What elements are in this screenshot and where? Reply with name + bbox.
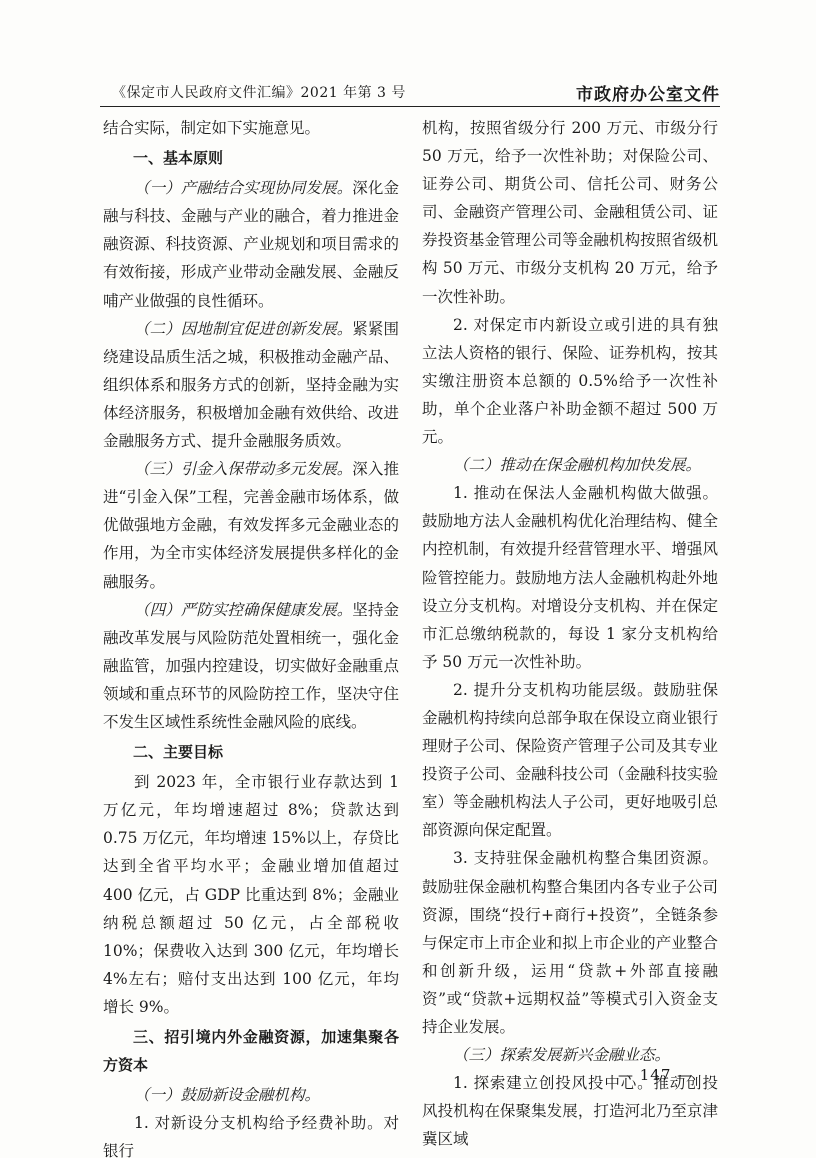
principle-1-body: 深化金融与科技、金融与产业的融合，着力推进金融资源、科技资源、产业规划和项目需求… bbox=[103, 179, 399, 309]
principle-1: （一）产融结合实现协同发展。深化金融与科技、金融与产业的融合，着力推进金融资源、… bbox=[103, 174, 399, 314]
page-number: — 147 — bbox=[618, 1066, 693, 1084]
item-branch-subsidy: 1. 对新设分支机构给予经费补助。对银行 bbox=[103, 1109, 399, 1158]
subheading-local-institutions: （二）推动在保金融机构加快发展。 bbox=[422, 451, 718, 479]
subheading-new-institutions: （一）鼓励新设金融机构。 bbox=[103, 1081, 399, 1109]
running-header: 《保定市人民政府文件汇编》2021 年第 3 号 市政府办公室文件 bbox=[100, 80, 720, 104]
item-grow-local-institutions: 1. 推动在保法人金融机构做大做强。鼓励地方法人金融机构优化治理结构、健全内控机… bbox=[422, 479, 718, 676]
section-label: 市政府办公室文件 bbox=[576, 80, 720, 105]
item-branch-subsidy-cont: 机构，按照省级分行 200 万元、市级分行 50 万元，给予一次性补助；对保险公… bbox=[422, 114, 718, 311]
principle-2-title: （二）因地制宜促进创新发展。 bbox=[134, 320, 352, 338]
left-column: 结合实际，制定如下实施意见。 一、基本原则 （一）产融结合实现协同发展。深化金融… bbox=[103, 114, 399, 1158]
heading-main-goals: 二、主要目标 bbox=[103, 738, 399, 766]
right-column: 机构，按照省级分行 200 万元、市级分行 50 万元，给予一次性补助；对保险公… bbox=[422, 114, 718, 1153]
principle-3-title: （三）引金入保带动多元发展。 bbox=[134, 460, 352, 478]
subheading-emerging-finance: （三）探索发展新兴金融业态。 bbox=[422, 1041, 718, 1069]
heading-basic-principles: 一、基本原则 bbox=[103, 144, 399, 172]
principle-4: （四）严防实控确保健康发展。坚持金融改革发展与风险防范处置相统一，强化金融监管，… bbox=[103, 596, 399, 736]
principle-4-body: 坚持金融改革发展与风险防范处置相统一，强化金融监管，加强内控建设，切实做好金融重… bbox=[103, 601, 399, 731]
item-integrate-group-resources: 3. 支持驻保金融机构整合集团资源。鼓励驻保金融机构整合集团内各专业子公司资源，… bbox=[422, 844, 718, 1041]
header-rule bbox=[100, 106, 720, 107]
heading-attract-resources: 三、招引境内外金融资源，加速集聚各方资本 bbox=[103, 1023, 399, 1079]
principle-2: （二）因地制宜促进创新发展。紧紧围绕建设品质生活之城，积极推动金融产品、组织体系… bbox=[103, 315, 399, 455]
item-registered-capital: 2. 对保定市内新设立或引进的具有独立法人资格的银行、保险、证券机构，按其实缴注… bbox=[422, 311, 718, 451]
principle-4-title: （四）严防实控确保健康发展。 bbox=[134, 601, 352, 619]
intro-line: 结合实际，制定如下实施意见。 bbox=[103, 114, 399, 142]
item-upgrade-branches: 2. 提升分支机构功能层级。鼓励驻保金融机构持续向总部争取在保设立商业银行理财子… bbox=[422, 676, 718, 845]
principle-3: （三）引金入保带动多元发展。深入推进“引金入保”工程，完善金融市场体系，做优做强… bbox=[103, 455, 399, 595]
principle-3-body: 深入推进“引金入保”工程，完善金融市场体系，做优做强地方金融，有效发挥多元金融业… bbox=[103, 460, 399, 590]
publication-title: 《保定市人民政府文件汇编》2021 年第 3 号 bbox=[112, 82, 406, 102]
principle-1-title: （一）产融结合实现协同发展。 bbox=[134, 179, 352, 197]
principle-2-body: 紧紧围绕建设品质生活之城，积极推动金融产品、组织体系和服务方式的创新，坚持金融为… bbox=[103, 320, 399, 450]
goals-paragraph: 到 2023 年，全市银行业存款达到 1 万亿元，年均增速超过 8%；贷款达到 … bbox=[103, 768, 399, 1021]
